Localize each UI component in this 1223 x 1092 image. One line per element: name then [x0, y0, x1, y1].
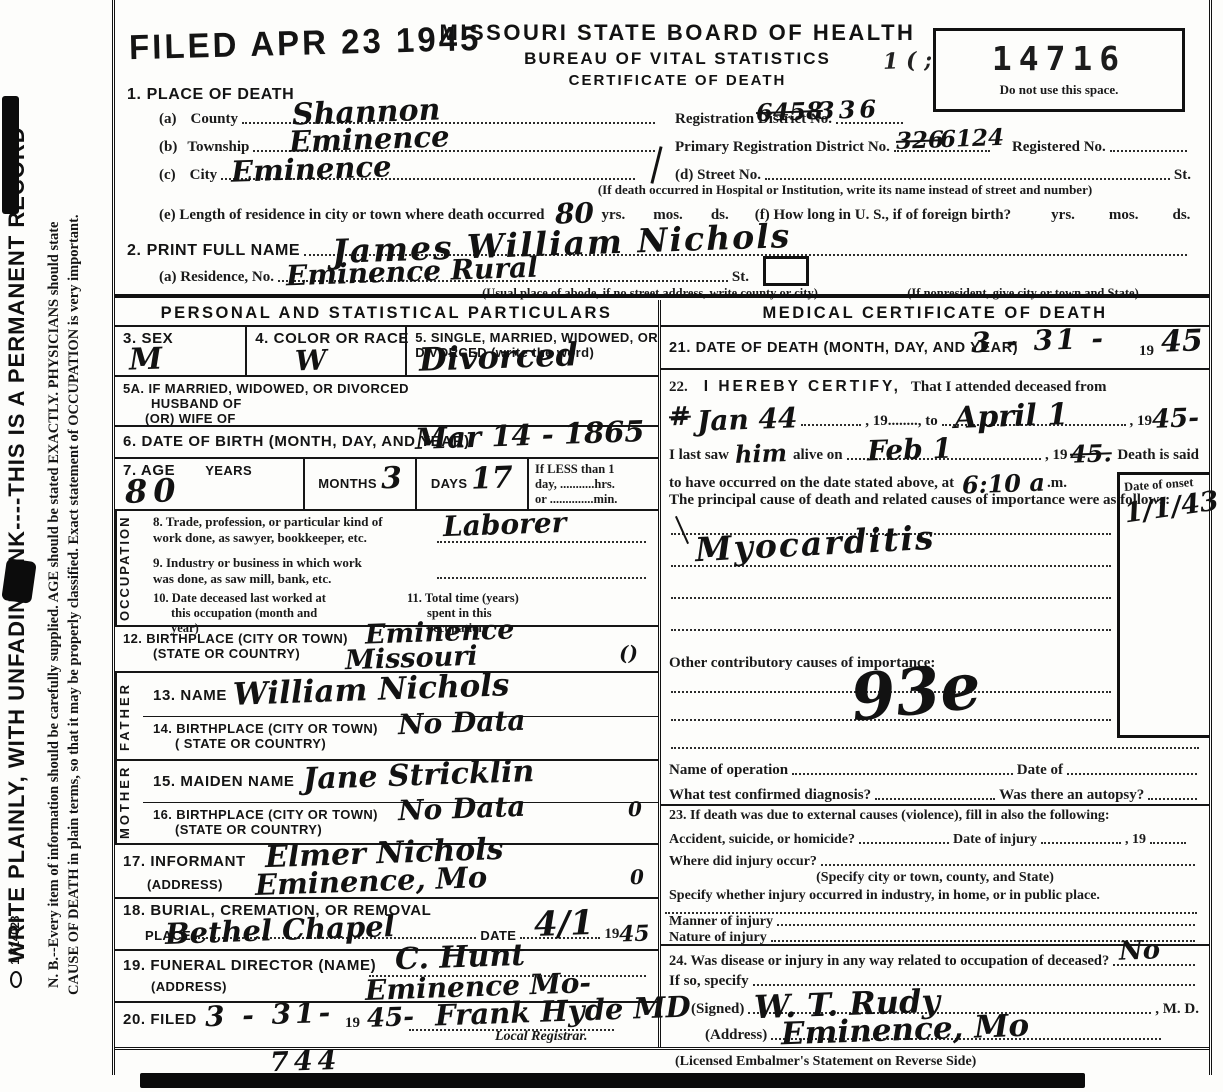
primary-registration-struck: 326 [896, 128, 945, 153]
days-label: DAYS [431, 476, 468, 491]
funeral-name-fill [369, 973, 646, 977]
st-label: St. [732, 269, 749, 286]
less-label1: If LESS than 1 [535, 462, 658, 477]
scan-edge-bar [140, 1073, 1085, 1088]
registration-district-row: Registration District No. 6458 336 [675, 104, 907, 128]
form-code: 1 X14023 [10, 893, 26, 1013]
age-months-cell: MONTHS 3 [305, 459, 417, 509]
fill [777, 922, 1195, 926]
margin-notes: WRITE PLAINLY, WITH UNFADING INK----THIS… [0, 0, 112, 1092]
burial-year-value: 45 [619, 922, 650, 945]
certificate-number-box: 14716 Do not use this space. [933, 28, 1185, 112]
where-injury-label: Where did injury occur? [669, 854, 817, 870]
margin-nb-line: N. B.--Every item of information should … [46, 150, 65, 1060]
injury-19-label: , 19 [1125, 832, 1146, 848]
industry-row: 9. Industry or business in which work wa… [143, 553, 658, 591]
attended-to-value: April 1 [953, 400, 1068, 434]
street-suffix: St. [1174, 167, 1191, 184]
father-name-label: 13. NAME [153, 687, 227, 704]
external-causes-block: 23. If death was due to external causes … [661, 806, 1209, 946]
fill [859, 840, 949, 844]
marital-cell: 5. SINGLE, MARRIED, WIDOWED, OR DIVORCED… [407, 327, 658, 375]
redaction-mark [2, 96, 19, 214]
personal-title: PERSONAL AND STATISTICAL PARTICULARS [115, 300, 658, 327]
age-months-value: 3 [380, 464, 402, 495]
fill [1150, 840, 1186, 844]
last-saw-date-value: Feb 1 [866, 435, 952, 466]
physician-address-label: (Address) [705, 1027, 767, 1044]
township-row: (b) Township Eminence [159, 132, 659, 156]
do-not-use-note: Do not use this space. [936, 82, 1182, 98]
trade-row: 8. Trade, profession, or particular kind… [143, 511, 658, 553]
header-divider [115, 294, 1209, 298]
filed-row: 20. FILED 3 - 31- 19 45- Frank Hyde MD L… [115, 1003, 658, 1047]
trade-label2: work done, as sawyer, bookkeeper, etc. [153, 530, 658, 546]
age-years-cell: 7. AGE YEARS 80 [115, 459, 305, 509]
full-name-label: 2. PRINT FULL NAME [127, 242, 300, 260]
city-value: Eminence [231, 152, 392, 187]
contributory-area: Other contributory causes of importance:… [661, 653, 1209, 753]
occupation-related-block: 24. Was disease or injury in any way rel… [661, 946, 1209, 1047]
registration-district-struck: 6458 [756, 99, 824, 125]
age-row: 7. AGE YEARS 80 MONTHS 3 DAYS 17 If LESS… [115, 459, 658, 511]
dob-row: 6. DATE OF BIRTH (MONTH, DAY, AND YEAR) … [115, 427, 658, 459]
form-body: FILED APR 23 1945 MISSOURI STATE BOARD O… [112, 0, 1212, 1075]
stray-mark: 0 [628, 799, 643, 819]
lastworked-label2: this occupation (month and [171, 606, 393, 621]
primary-registration-row: Primary Registration District No. 326 61… [675, 132, 1191, 156]
pen-stroke [675, 516, 689, 544]
primary-registration-label: Primary Registration District No. [675, 139, 890, 156]
residence-row: (a) Residence, No. Eminence Rural St. [159, 262, 749, 286]
yrs-label: yrs. [1051, 207, 1075, 224]
operation-label: Name of operation [669, 762, 788, 779]
registration-district-value: 336 [818, 97, 881, 123]
informant-row: 17. INFORMANT (ADDRESS) Elmer Nichols Em… [115, 845, 658, 899]
accident-label: Accident, suicide, or homicide? [669, 832, 855, 848]
lastworked-cell: 10. Date deceased last worked at this oc… [143, 591, 393, 627]
occurred-label: to have occurred on the date stated abov… [669, 475, 954, 492]
last-saw-him: him [735, 441, 788, 467]
fill [1041, 840, 1121, 844]
fill [821, 862, 1195, 866]
registered-no-fill [1110, 148, 1187, 152]
occupation-vertical-label: OCCUPATION [115, 511, 143, 625]
years-label: YEARS [205, 463, 252, 478]
last-saw-label: I last saw [669, 447, 729, 464]
printer-union-bug-icon [10, 971, 22, 988]
injury-date-label: Date of injury [953, 832, 1037, 848]
contributory-value: 93e [848, 654, 984, 731]
board-title: MISSOURI STATE BOARD OF HEALTH [405, 20, 950, 46]
burial-year-prefix: 19 [604, 926, 619, 943]
cause-line [671, 595, 1111, 599]
race-value: W [295, 346, 327, 375]
filed-date-value: 3 - 31- [205, 999, 335, 1031]
city-row: (c) City Eminence [159, 160, 639, 184]
columns: PERSONAL AND STATISTICAL PARTICULARS 3. … [115, 300, 1209, 1050]
certificate-title: CERTIFICATE OF DEATH [405, 72, 950, 89]
trade-fill [437, 539, 646, 543]
certify-bold-label: I HEREBY CERTIFY, [704, 378, 901, 396]
footer-strip: 744 (Licensed Embalmer's Statement on Re… [115, 1050, 1209, 1075]
city-label: City [190, 167, 218, 184]
related-label: 24. Was disease or injury in any way rel… [669, 953, 1109, 970]
page-number: 744 [270, 1047, 342, 1076]
certificate-number: 14716 [936, 39, 1182, 78]
medical-title: MEDICAL CERTIFICATE OF DEATH [661, 300, 1209, 327]
father-block: FATHER 13. NAME William Nichols 14. BIRT… [115, 673, 658, 761]
informant-label: 17. INFORMANT [123, 853, 246, 870]
physician-address-value: Eminence, Mo [781, 1011, 1030, 1051]
local-registrar-label: Local Registrar. [495, 1029, 588, 1045]
fill: April 1 [942, 422, 1126, 426]
related-value: No [1119, 937, 1161, 964]
registrar-fill [409, 1027, 614, 1031]
burial-date-value: 4/1 [534, 906, 595, 942]
burial-date-fill: 4/1 [520, 935, 600, 939]
specify-label: Specify whether injury occurred in indus… [669, 888, 1100, 904]
where-note: (Specify city or town, county, and State… [661, 870, 1209, 886]
burial-place-fill: Bethel Chapel [195, 935, 476, 939]
ward-box [763, 256, 809, 286]
death-certificate-scan: WRITE PLAINLY, WITH UNFADING INK----THIS… [0, 0, 1223, 1092]
sex-cell: 3. SEX M [115, 327, 247, 375]
age-days-value: 17 [471, 463, 514, 494]
full-name-row: 2. PRINT FULL NAME James William Nichols [127, 226, 1191, 260]
father-bp-value: No Data [398, 707, 526, 739]
fill: Eminence, Mo [771, 1036, 1161, 1040]
death-said-label: Death is said [1117, 447, 1199, 464]
age-years-value: 80 [124, 474, 182, 508]
dod-year-value: 45 [1160, 326, 1203, 357]
fill [875, 796, 995, 800]
from-mid-label: , 19........, to [865, 413, 938, 430]
residence-label: (a) Residence, No. [159, 269, 274, 286]
mother-vertical-label: MOTHER [115, 761, 143, 843]
fill [792, 771, 1013, 775]
father-birthplace-row: 14. BIRTHPLACE (CITY OR TOWN) ( STATE OR… [143, 717, 658, 759]
street-no-fill [765, 176, 1170, 180]
race-cell: 4. COLOR OR RACE W [247, 327, 407, 375]
alive-on-label: alive on [793, 447, 843, 464]
medical-column: MEDICAL CERTIFICATE OF DEATH 21. DATE OF… [661, 300, 1209, 1047]
stray-mark: () [619, 643, 639, 664]
to-year-value: 45- [1152, 405, 1200, 433]
test-autopsy-row: What test confirmed diagnosis? Was there… [661, 779, 1209, 806]
cause-line [671, 627, 1111, 631]
city-fill: Eminence [221, 176, 635, 180]
maiden-name-value: Jane Stricklin [303, 757, 535, 795]
filed-year-prefix: 19 [345, 1015, 360, 1032]
date-of-death-label: 21. DATE OF DEATH (MONTH, DAY, AND YEAR) [669, 340, 1018, 356]
occupation-rows: 8. Trade, profession, or particular kind… [143, 511, 658, 625]
to-year-prefix: , 19 [1130, 413, 1153, 430]
informant-address-value: Eminence, Mo [255, 863, 488, 900]
street-note: (If death occurred in Hospital or Instit… [515, 182, 1175, 198]
last-saw-year-value: 45. [1069, 441, 1112, 466]
spouse-label: 5A. IF MARRIED, WIDOWED, OR DIVORCED [123, 381, 658, 396]
trade-value: Laborer [443, 509, 567, 541]
signed-label: (Signed) [691, 1001, 744, 1018]
race-label: 4. COLOR OR RACE [255, 330, 409, 347]
last-saw-year-prefix: , 19 [1045, 447, 1068, 464]
township-label: Township [187, 139, 249, 156]
date-of-death-value: 3 - 31 - [971, 325, 1107, 358]
fill [1067, 771, 1197, 775]
filed-label: 20. FILED [123, 1011, 197, 1028]
age-days-cell: DAYS 17 [417, 459, 529, 509]
dod-year-prefix: 19 [1139, 343, 1154, 360]
ink-scribble: 1 ( ; [883, 49, 933, 73]
mother-rows: 15. MAIDEN NAME Jane Stricklin 16. BIRTH… [143, 761, 658, 843]
autopsy-label: Was there an autopsy? [999, 787, 1144, 804]
margin-cause-line: CAUSE OF DEATH in plain terms, so that i… [66, 150, 85, 1060]
mos-label: mos. [1109, 207, 1139, 224]
sex-value: M [128, 344, 162, 375]
attended-from-value: Jan 44 [696, 404, 797, 435]
date-of-death-row: 21. DATE OF DEATH (MONTH, DAY, AND YEAR)… [661, 327, 1209, 370]
funeral-director-label: 19. FUNERAL DIRECTOR (NAME) [123, 957, 376, 974]
primary-registration-value: 6124 [940, 126, 1005, 151]
primary-registration-fill: 326 6124 [894, 148, 990, 152]
test-label: What test confirmed diagnosis? [669, 787, 871, 804]
residence-value: Eminence Rural [286, 254, 539, 291]
sex-race-marital-row: 3. SEX M 4. COLOR OR RACE W 5. SINGLE, M… [115, 327, 658, 377]
burial-place-value: Bethel Chapel [165, 912, 396, 949]
industry-label1: 9. Industry or business in which work [153, 555, 658, 571]
row-prefix: (c) [159, 167, 176, 184]
foreign-birth-label: (f) How long in U. S., if of foreign bir… [755, 207, 1011, 224]
less-than-day-cell: If LESS than 1 day, ...........hrs. or .… [529, 459, 658, 509]
m-label: .m. [1047, 475, 1067, 492]
occupation-block: OCCUPATION 8. Trade, profession, or part… [115, 511, 658, 627]
registration-district-fill: 6458 336 [836, 120, 903, 124]
months-label: MONTHS [318, 476, 377, 491]
father-vertical-label: FATHER [115, 673, 143, 759]
form-title-block: MISSOURI STATE BOARD OF HEALTH BUREAU OF… [405, 20, 950, 89]
mother-bp-value: No Data [398, 793, 526, 825]
if-so-label: If so, specify [669, 973, 749, 990]
birthplace-row: 12. BIRTHPLACE (CITY OR TOWN) (STATE OR … [115, 627, 658, 673]
registered-no-label: Registered No. [1012, 139, 1106, 156]
less-label2: day, ...........hrs. [535, 477, 658, 492]
maiden-name-label: 15. MAIDEN NAME [153, 773, 295, 790]
fill [1148, 796, 1197, 800]
place-of-death-label: 1. PLACE OF DEATH [127, 86, 294, 104]
filed-year-value: 45- [367, 1004, 415, 1032]
manner-label: Manner of injury [669, 914, 773, 930]
burial-row: 18. BURIAL, CREMATION, OR REMOVAL PLACE … [115, 899, 658, 951]
ds-label: ds. [1173, 207, 1191, 224]
row-prefix: (b) [159, 139, 177, 156]
county-label: County [191, 111, 239, 128]
less-label3: or ..............min. [535, 492, 658, 507]
industry-label2: was done, as saw mill, bank, etc. [153, 571, 658, 587]
certify-number: 22. [669, 379, 688, 396]
dob-value: Mar 14 - 1865 [415, 417, 645, 454]
principal-cause-value: Myocarditis [694, 521, 936, 567]
father-name-value: William Nichols [233, 670, 510, 711]
fill [801, 422, 861, 426]
lastworked-label1: 10. Date deceased last worked at [153, 591, 393, 606]
reverse-side-note: (Licensed Embalmer's Statement on Revers… [675, 1054, 976, 1070]
father-rows: 13. NAME William Nichols 14. BIRTHPLACE … [143, 673, 658, 759]
fill: Feb 1 [847, 456, 1041, 460]
totaltime-label1: 11. Total time (years) [407, 591, 658, 606]
nature-label: Nature of injury [669, 930, 767, 946]
residence-length-label: (e) Length of residence in city or town … [159, 207, 545, 224]
contributory-line [671, 745, 1199, 749]
marital-value: Divorced [419, 338, 579, 376]
md-label: , M. D. [1155, 1001, 1199, 1018]
trade-label1: 8. Trade, profession, or particular kind… [153, 514, 658, 530]
operation-date-label: Date of [1017, 762, 1063, 779]
bureau-title: BUREAU OF VITAL STATISTICS [405, 49, 950, 69]
external-label: 23. If death was due to external causes … [669, 808, 1110, 824]
personal-column: PERSONAL AND STATISTICAL PARTICULARS 3. … [115, 300, 661, 1047]
spouse-label2: HUSBAND OF [151, 396, 658, 411]
local-registrar-signature: Frank Hyde MD [435, 993, 692, 1031]
mother-block: MOTHER 15. MAIDEN NAME Jane Stricklin 16… [115, 761, 658, 845]
form-code-text: 1 X14023 [10, 915, 22, 964]
residence-fill: Eminence Rural [278, 278, 728, 282]
certify-rest-label: That I attended deceased from [911, 379, 1107, 396]
street-row: (d) Street No. St. [675, 160, 1191, 184]
strike-mark: # [669, 404, 692, 431]
industry-fill [437, 575, 646, 579]
redaction-mark [1, 558, 37, 604]
row-prefix: (a) [159, 111, 177, 128]
operation-row: Name of operation Date of [661, 753, 1209, 779]
stray-mark: 0 [630, 867, 645, 887]
fill: No [1113, 962, 1195, 966]
